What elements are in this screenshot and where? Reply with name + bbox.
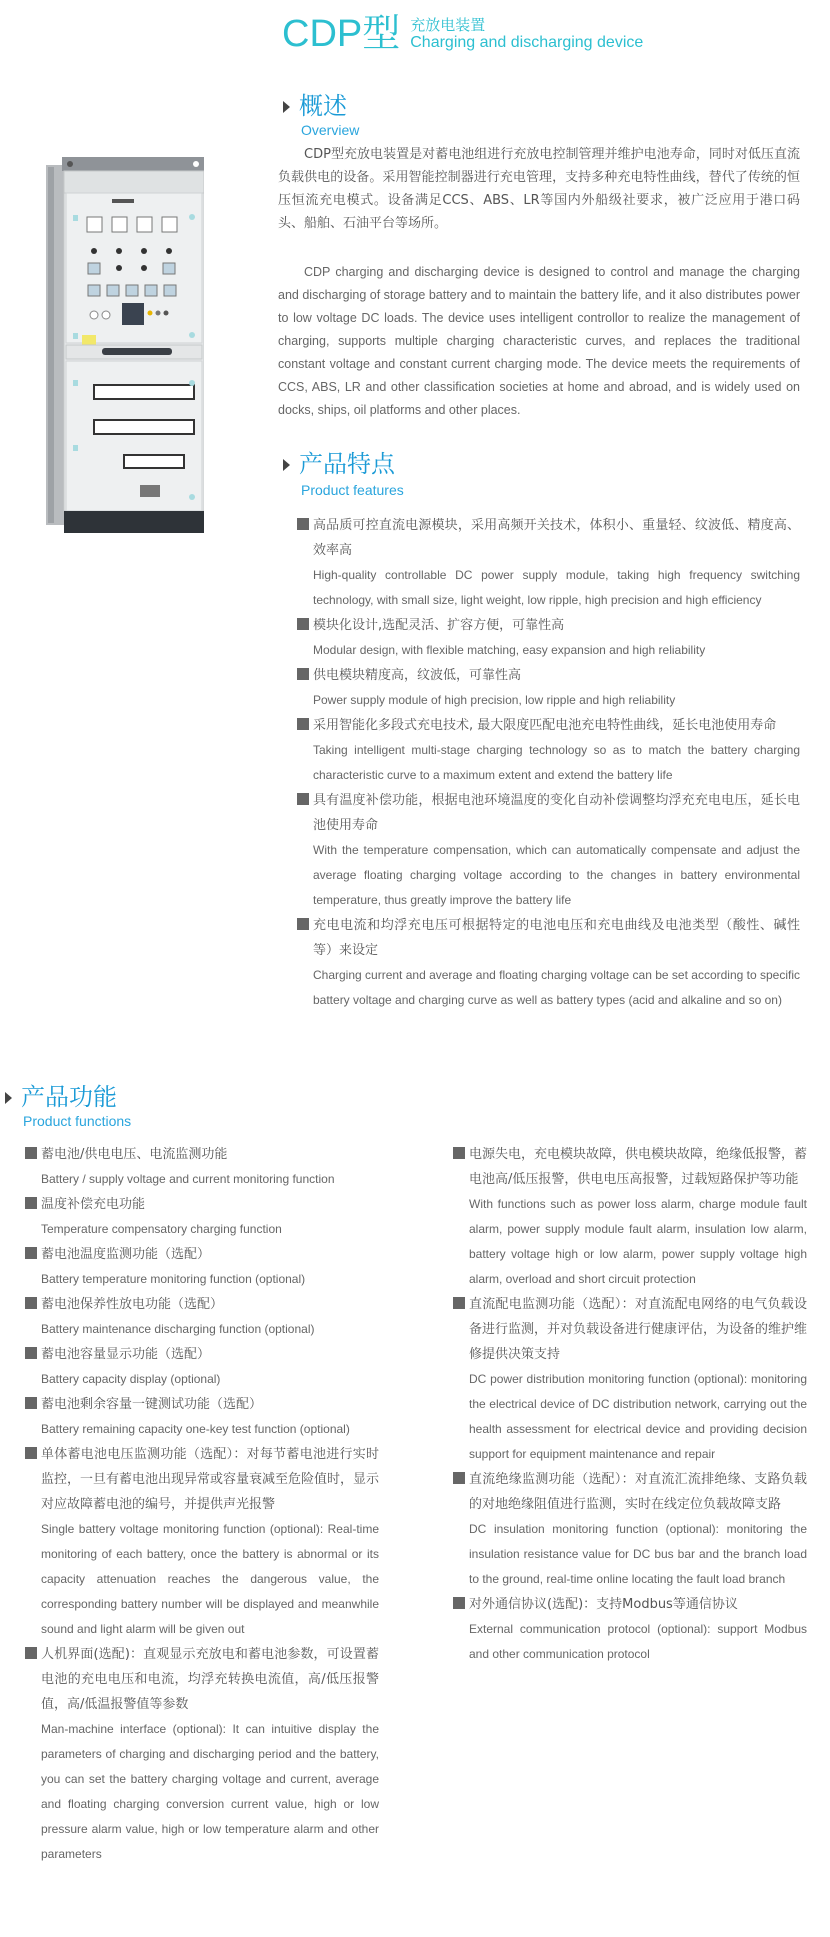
- square-bullet-icon: [297, 618, 309, 630]
- overview-paragraph-cn: CDP型充放电装置是对蓄电池组进行充放电控制管理并维护电池寿命，同时对低压直流负…: [278, 143, 800, 235]
- square-bullet-icon: [25, 1247, 37, 1259]
- square-bullet-icon: [297, 793, 309, 805]
- model-name: CDP型: [282, 14, 400, 54]
- feature-item: 具有温度补偿功能，根据电池环境温度的变化自动补偿调整均浮充充电电压，延长电池使用…: [297, 788, 800, 913]
- page-title: CDP型 充放电装置 Charging and discharging devi…: [282, 14, 643, 54]
- function-item: 蓄电池容量显示功能（选配） Battery capacity display (…: [25, 1342, 379, 1392]
- square-bullet-icon: [297, 918, 309, 930]
- function-item: 电源失电，充电模块故障，供电模块故障，绝缘低报警，蓄电池高/低压报警，供电电压高…: [453, 1142, 807, 1292]
- square-bullet-icon: [25, 1397, 37, 1409]
- overview-paragraph-en: CDP charging and discharging device is d…: [278, 261, 800, 422]
- square-bullet-icon: [25, 1297, 37, 1309]
- square-bullet-icon: [453, 1297, 465, 1309]
- function-item: 温度补偿充电功能 Temperature compensatory chargi…: [25, 1192, 379, 1242]
- functions-heading-en: Product functions: [23, 1113, 131, 1129]
- overview-heading-en: Overview: [301, 122, 359, 138]
- triangle-right-icon: [283, 459, 290, 471]
- square-bullet-icon: [297, 668, 309, 680]
- square-bullet-icon: [297, 518, 309, 530]
- function-item: 蓄电池保养性放电功能（选配） Battery maintenance disch…: [25, 1292, 379, 1342]
- square-bullet-icon: [297, 718, 309, 730]
- overview-heading-cn: 概述: [299, 92, 347, 120]
- feature-item: 高品质可控直流电源模块，采用高频开关技术，体积小、重量轻、纹波低、精度高、效率高…: [297, 513, 800, 613]
- feature-item: 模块化设计,选配灵活、扩容方便，可靠性高 Modular design, wit…: [297, 613, 800, 663]
- title-en: Charging and discharging device: [410, 34, 643, 52]
- function-item: 蓄电池剩余容量一键测试功能（选配） Battery remaining capa…: [25, 1392, 379, 1442]
- cabinet-product-image: [44, 155, 204, 535]
- triangle-right-icon: [283, 101, 290, 113]
- square-bullet-icon: [453, 1472, 465, 1484]
- features-list: 高品质可控直流电源模块，采用高频开关技术，体积小、重量轻、纹波低、精度高、效率高…: [297, 513, 800, 1013]
- square-bullet-icon: [25, 1347, 37, 1359]
- square-bullet-icon: [25, 1447, 37, 1459]
- features-heading-en: Product features: [301, 482, 404, 498]
- feature-item: 供电模块精度高，纹波低，可靠性高 Power supply module of …: [297, 663, 800, 713]
- functions-heading-cn: 产品功能: [21, 1083, 117, 1111]
- square-bullet-icon: [25, 1197, 37, 1209]
- triangle-right-icon: [5, 1092, 12, 1104]
- function-item: 单体蓄电池电压监测功能（选配）：对每节蓄电池进行实时监控，一旦有蓄电池出现异常或…: [25, 1442, 379, 1642]
- function-item: 人机界面(选配)：直观显示充放电和蓄电池参数，可设置蓄电池的充电电压和电流，均浮…: [25, 1642, 379, 1867]
- function-item: 蓄电池温度监测功能（选配） Battery temperature monito…: [25, 1242, 379, 1292]
- functions-list-right: 电源失电，充电模块故障，供电模块故障，绝缘低报警，蓄电池高/低压报警，供电电压高…: [453, 1142, 807, 1667]
- functions-list-left: 蓄电池/供电电压、电流监测功能 Battery / supply voltage…: [25, 1142, 379, 1867]
- features-heading-cn: 产品特点: [299, 450, 395, 478]
- square-bullet-icon: [453, 1597, 465, 1609]
- function-item: 直流绝缘监测功能（选配）：对直流汇流排绝缘、支路负载的对地绝缘阻值进行监测，实时…: [453, 1467, 807, 1592]
- function-item: 对外通信协议(选配)：支持Modbus等通信协议 External commun…: [453, 1592, 807, 1667]
- title-cn: 充放电装置: [410, 16, 643, 34]
- feature-item: 充电电流和均浮充电压可根据特定的电池电压和充电曲线及电池类型（酸性、碱性等）来设…: [297, 913, 800, 1013]
- function-item: 蓄电池/供电电压、电流监测功能 Battery / supply voltage…: [25, 1142, 379, 1192]
- feature-item: 采用智能化多段式充电技术, 最大限度匹配电池充电特性曲线，延长电池使用寿命 Ta…: [297, 713, 800, 788]
- square-bullet-icon: [25, 1647, 37, 1659]
- square-bullet-icon: [453, 1147, 465, 1159]
- function-item: 直流配电监测功能（选配）：对直流配电网络的电气负载设备进行监测，并对负载设备进行…: [453, 1292, 807, 1467]
- square-bullet-icon: [25, 1147, 37, 1159]
